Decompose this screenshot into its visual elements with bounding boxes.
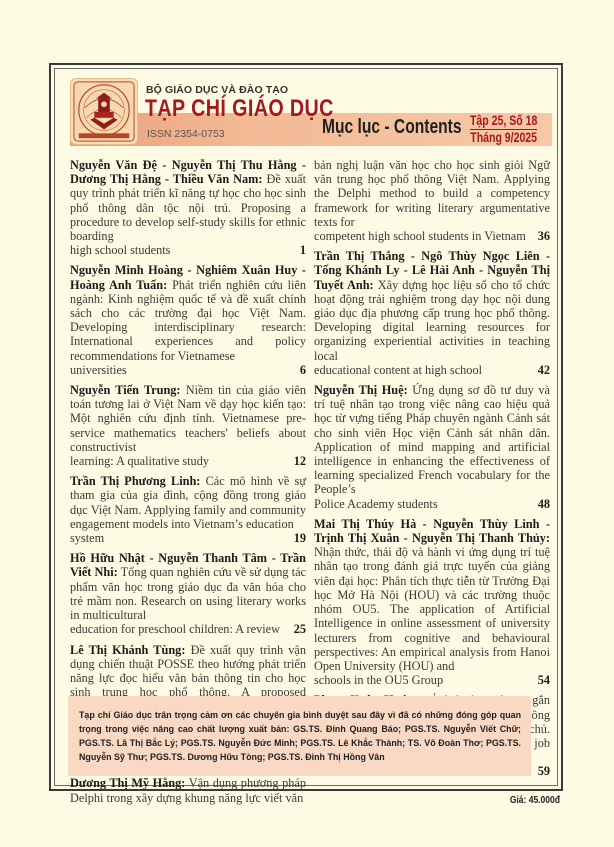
price-label: Giá: 45.000đ	[510, 795, 560, 806]
entry-page: 54	[532, 673, 550, 687]
entry-title-end: system	[70, 531, 104, 545]
toc-entry[interactable]: Trần Thị Phương Linh: Các mô hình về sự …	[70, 474, 306, 545]
entry-title-end: Police Academy students	[314, 497, 438, 511]
entry-title-end: education for preschool children: A revi…	[70, 622, 280, 636]
entry-page: 19	[288, 531, 306, 545]
toc-entry[interactable]: Hồ Hữu Nhật - Nguyễn Thanh Tâm - Trần Vi…	[70, 551, 306, 636]
journal-emblem-icon	[70, 78, 138, 145]
entry-title-end: competent high school students in Vietna…	[314, 229, 526, 243]
entry-title-end: learning: A qualitative study	[70, 454, 209, 468]
toc-entry[interactable]: Nguyễn Văn Đệ - Nguyễn Thị Thu Hằng - Dư…	[70, 158, 306, 257]
volume-issue: Tập 25, Số 18	[470, 113, 537, 130]
issue-info: Tập 25, Số 18 Tháng 9/2025	[470, 113, 537, 146]
entry-authors: Nguyễn Tiến Trung:	[70, 383, 181, 397]
entry-authors: Trần Thị Phương Linh:	[70, 474, 200, 488]
toc-column-right: bản nghị luận văn học cho học sinh giỏi …	[314, 158, 550, 785]
entry-page: 36	[532, 229, 550, 243]
issn: ISSN 2354-0753	[147, 128, 225, 140]
contents-title: Mục lục - Contents	[322, 116, 462, 139]
entry-page: 6	[294, 363, 306, 377]
toc-entry[interactable]: Nguyễn Minh Hoàng - Nghiêm Xuân Huy - Ho…	[70, 263, 306, 377]
masthead: BỘ GIÁO DỤC VÀ ĐÀO TẠO TẠP CHÍ GIÁO DỤC …	[70, 78, 552, 146]
toc-entry[interactable]: Nguyễn Tiến Trung: Niềm tin của giáo viê…	[70, 383, 306, 468]
entry-page: 12	[288, 454, 306, 468]
entry-page: 59	[532, 764, 550, 778]
entry-page: 42	[532, 363, 550, 377]
entry-title: Ứng dụng sơ đồ tư duy và trí tuệ nhân tạ…	[314, 383, 550, 496]
entry-authors: Nguyễn Thị Huệ:	[314, 383, 408, 397]
entry-title: Nhận thức, thái độ và hành vi ứng dụng t…	[314, 545, 550, 673]
entry-title-end: educational content at high school	[314, 363, 482, 377]
entry-title-end: schools in the OU5 Group	[314, 673, 443, 687]
entry-page: 1	[294, 243, 306, 257]
entry-title-end: universities	[70, 363, 127, 377]
entry-authors: Mai Thị Thúy Hà - Nguyễn Thùy Linh - Trị…	[314, 517, 550, 545]
entry-title-end: high school students	[70, 243, 170, 257]
entry-page: 25	[288, 622, 306, 636]
toc-entry[interactable]: Nguyễn Thị Huệ: Ứng dụng sơ đồ tư duy và…	[314, 383, 550, 511]
entry-page: 48	[532, 497, 550, 511]
journal-title: TẠP CHÍ GIÁO DỤC	[145, 95, 334, 123]
toc-entry-continued[interactable]: bản nghị luận văn học cho học sinh giỏi …	[314, 158, 550, 243]
reviewer-acknowledgement: Tạp chí Giáo dục trân trọng cảm ơn các c…	[68, 696, 531, 776]
entry-title: bản nghị luận văn học cho học sinh giỏi …	[314, 158, 550, 229]
entry-authors: Lê Thị Khánh Tùng:	[70, 643, 185, 657]
toc-entry[interactable]: Trần Thị Thắng - Ngô Thùy Ngọc Liên - Tố…	[314, 249, 550, 377]
issue-date: Tháng 9/2025	[470, 130, 537, 146]
toc-entry[interactable]: Mai Thị Thúy Hà - Nguyễn Thùy Linh - Trị…	[314, 517, 550, 687]
